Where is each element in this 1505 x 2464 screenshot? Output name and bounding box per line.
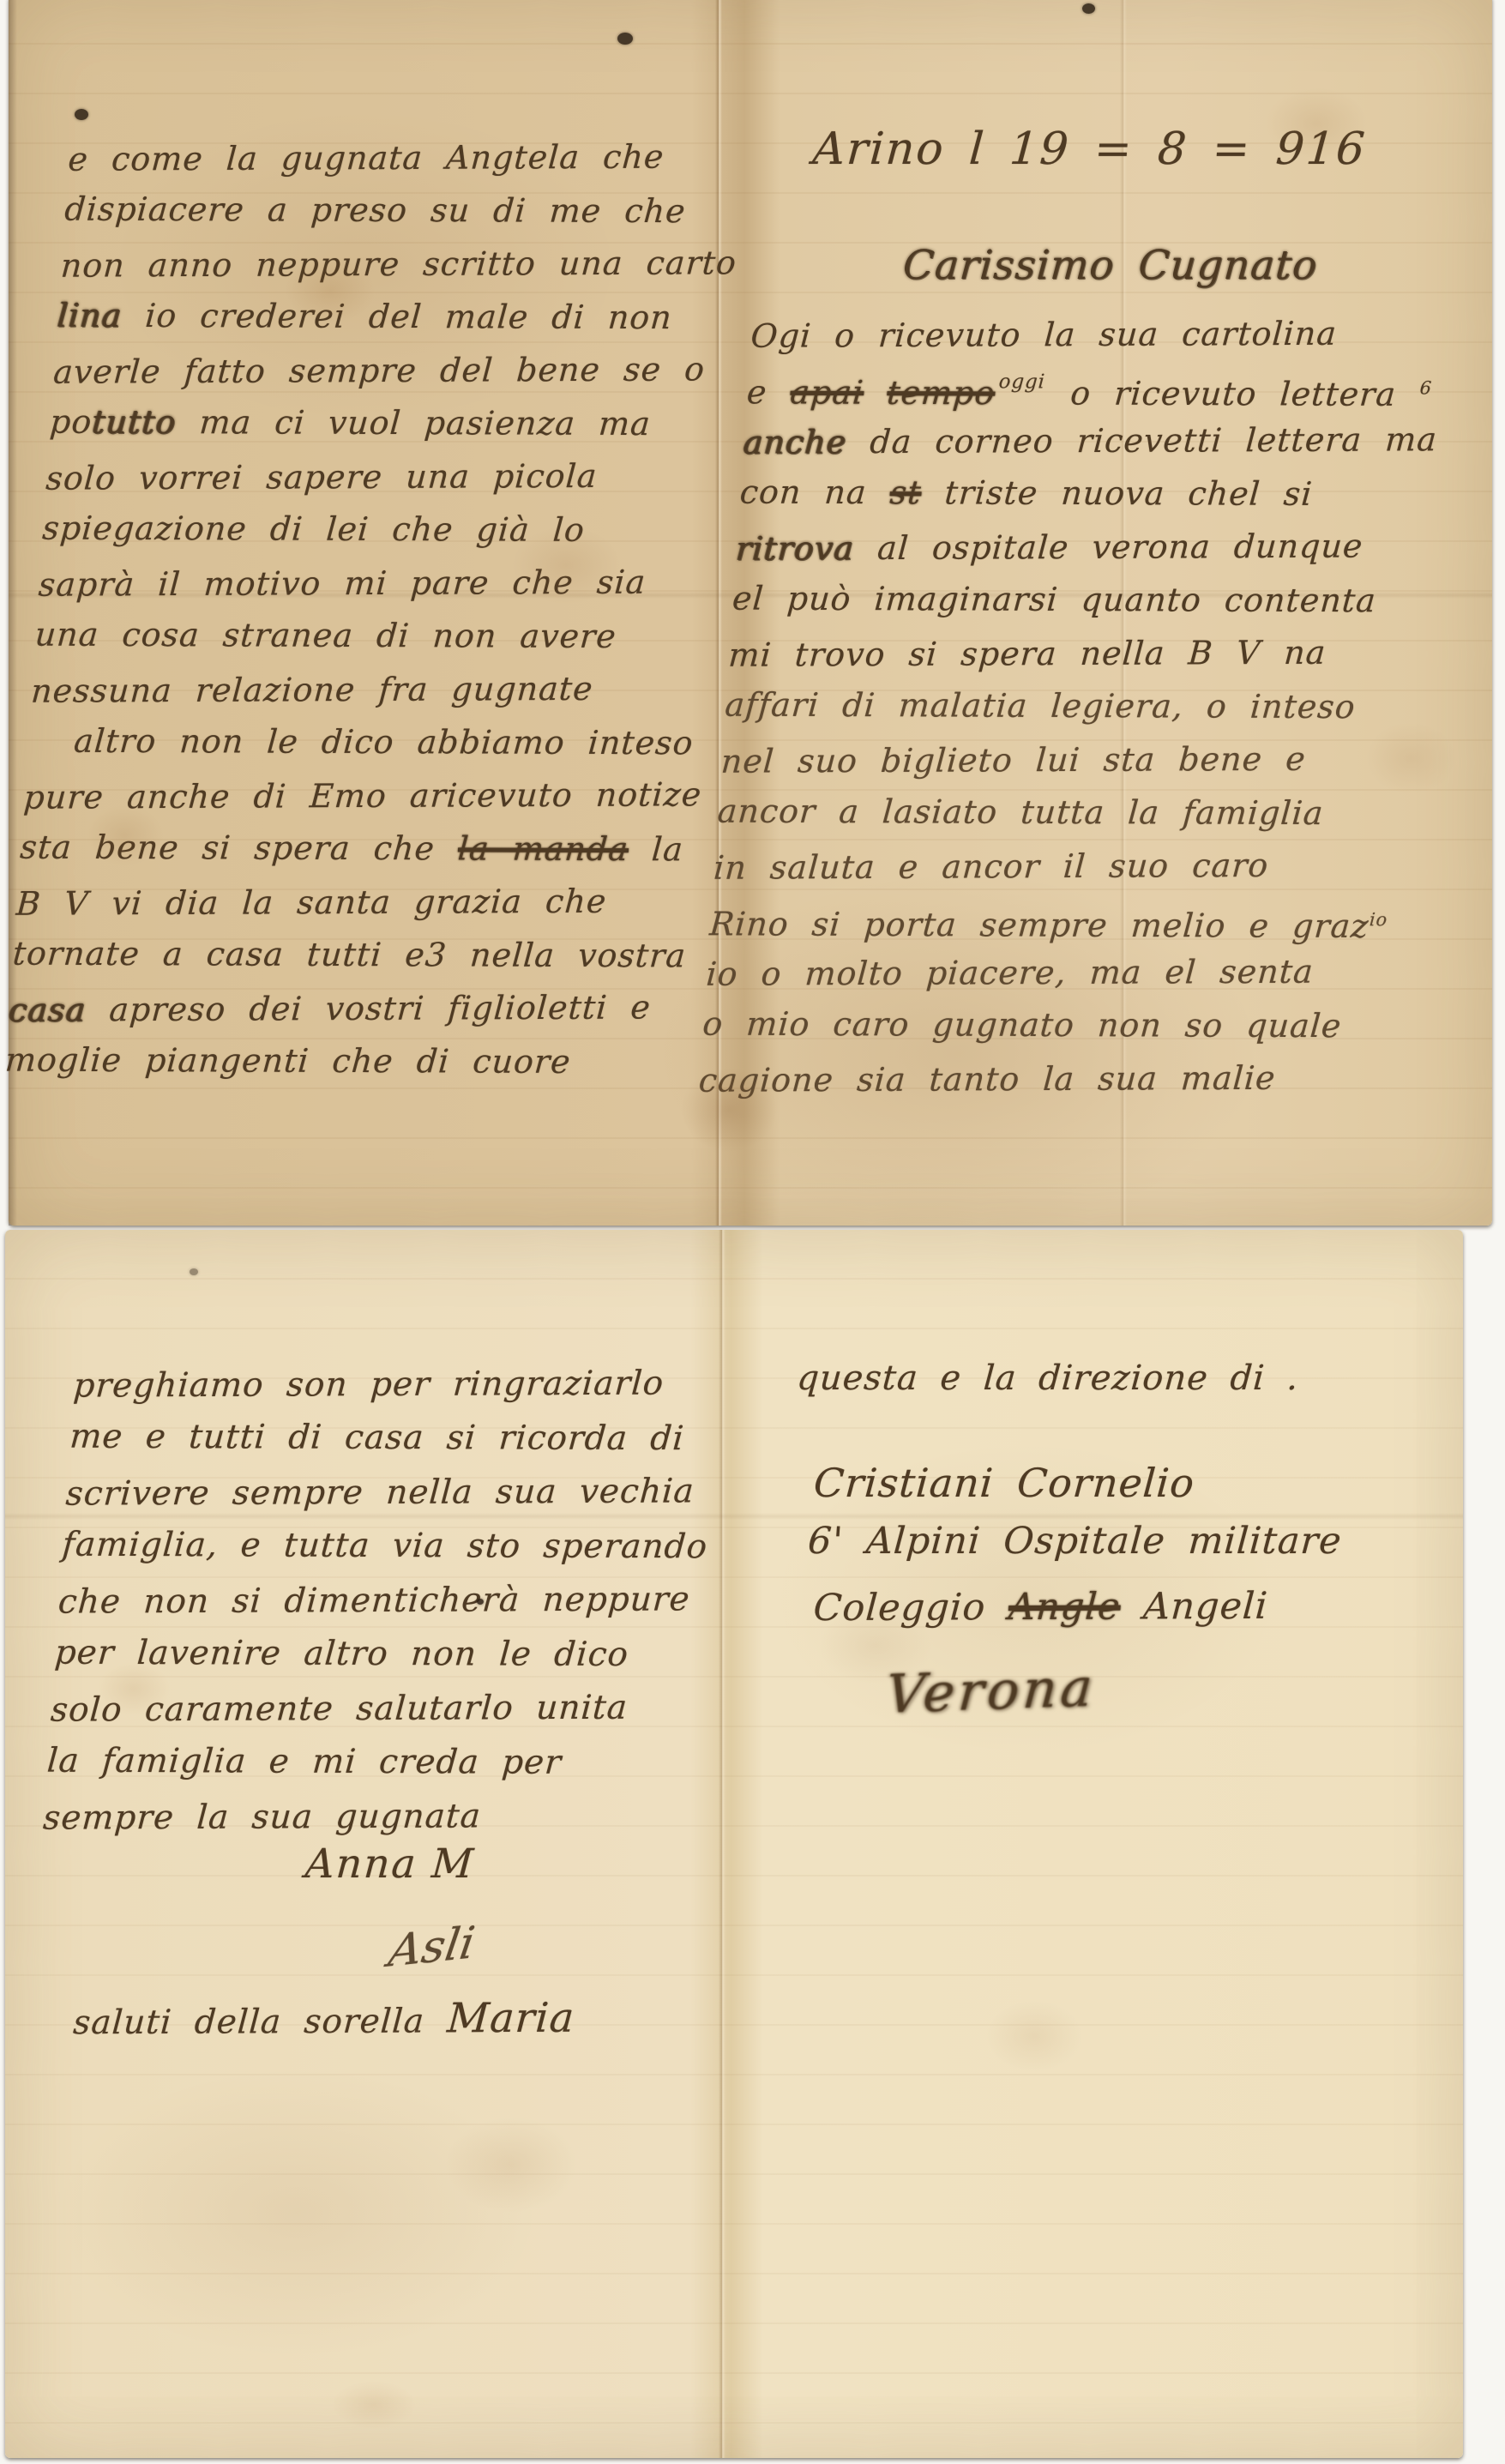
handwritten-line: saluti della sorella Maria: [72, 1991, 577, 2048]
handwritten-text: e come la gugnata Angtela che: [67, 138, 665, 178]
handwritten-text: ancor a lasiato tutta la famiglia: [716, 792, 1325, 832]
handwritten-text: [863, 374, 888, 412]
handwritten-text: tornate a casa tutti e3 nella vostra: [11, 935, 687, 975]
sheet-bottom: preghiamo son per ringraziarlome e tutti…: [5, 1230, 1463, 2458]
handwritten-text: saprà il motivo mi pare che sia: [38, 563, 647, 604]
struck-text: apai: [789, 373, 865, 411]
handwritten-text: nel suo biglieto lui sta bene e: [720, 740, 1308, 780]
scanned-letter: e come la gugnata Angtela chedispiacere …: [0, 0, 1505, 2464]
handwritten-text: Ogi o ricevuto la sua cartolina: [749, 315, 1338, 355]
struck-text: tempo: [886, 374, 996, 412]
page-bottom-left-text: preghiamo son per ringraziarlome e tutti…: [41, 1357, 720, 1843]
handwritten-text: Maria: [446, 1995, 576, 2043]
handwritten-text: preghiamo son per ringraziarlo: [72, 1365, 665, 1406]
handwritten-line: la famiglia e mi creda per: [45, 1734, 695, 1791]
handwritten-text: Angeli: [1119, 1585, 1269, 1629]
handwritten-line: nessuna relazione fra gugnate: [29, 661, 711, 717]
handwritten-text: anche: [743, 423, 848, 461]
handwritten-text: famiglia, e tutta via sto sperando: [61, 1526, 709, 1567]
handwritten-line: me e tutti di casa si ricorda di: [68, 1410, 717, 1467]
ink-speck: [1082, 3, 1095, 14]
handwritten-text: tutto: [91, 403, 178, 441]
handwritten-line: anche da corneo ricevetti lettera ma: [742, 413, 1439, 469]
handwritten-text: averle fatto sempre del bene se o: [52, 350, 707, 390]
handwritten-line: casa apreso dei vostri figlioletti e: [7, 980, 689, 1036]
handwritten-line: e come la gugnata Angtela che: [67, 130, 749, 185]
handwritten-text: in saluta e ancor il suo caro: [713, 846, 1270, 887]
handwritten-text: ritrova: [735, 529, 856, 568]
handwritten-text: affari di malatia legiera, o inteso: [724, 686, 1357, 726]
handwritten-text: oggi: [997, 355, 1048, 408]
page-top-left-text: e come la gugnata Angtela chedispiacere …: [3, 130, 749, 1087]
handwritten-text: B V vi dia la santa grazia che: [15, 883, 608, 923]
handwritten-text: lina: [56, 297, 123, 334]
handwritten-line: Coleggio Angle Angeli: [812, 1580, 1270, 1636]
handwritten-line: o mio caro gugnato non so quale: [701, 997, 1398, 1053]
handwritten-line: tornate a casa tutti e3 nella vostra: [11, 927, 693, 983]
struck-text: Angle: [1007, 1586, 1122, 1630]
handwritten-text: per lavenire altro non le dico: [53, 1634, 630, 1674]
handwritten-line: lina io crederei del male di non: [56, 289, 737, 345]
handwritten-line: dispiacere a preso su di me che: [63, 183, 744, 238]
handwritten-line: in saluta e ancor il suo caro: [712, 838, 1409, 895]
handwritten-line: sta bene si spera che la manda la: [18, 821, 700, 877]
handwritten-text: da corneo ricevetti lettera ma: [846, 420, 1439, 461]
handwritten-line: per lavenire altro non le dico: [53, 1626, 702, 1683]
handwritten-line: averle fatto sempre del bene se o: [51, 342, 733, 398]
handwritten-line: nel suo biglieto lui sta bene e: [719, 732, 1417, 788]
handwritten-text: po: [49, 403, 93, 441]
handwritten-text: mi trovo si spera nella B V na: [727, 634, 1327, 674]
handwritten-text: solo vorrei sapere una picola: [45, 457, 599, 497]
handwritten-text: una cosa stranea di non avere: [33, 616, 617, 655]
handwritten-line: el può imaginarsi quanto contenta: [731, 572, 1428, 628]
handwritten-text: o ricevuto lettera: [1046, 374, 1421, 413]
handwritten-text: scrivere sempre nella sua vechia: [64, 1472, 695, 1513]
handwritten-text: o mio caro gugnato non so quale: [701, 1005, 1343, 1045]
postscript: saluti della sorella Maria: [72, 1991, 577, 2045]
handwritten-text: con na: [738, 473, 891, 512]
handwritten-line: ritrova al ospitale verona dunque: [734, 519, 1431, 575]
struck-text: la manda: [456, 829, 629, 868]
paper-stain: [314, 2371, 434, 2439]
handwritten-line: scrivere sempre nella sua vechia: [64, 1464, 713, 1521]
handwritten-line: sempre la sua gugnata: [41, 1788, 690, 1845]
handwritten-text: e: [745, 373, 792, 411]
handwritten-line: mi trovo si spera nella B V na: [727, 625, 1424, 682]
handwritten-line: solo caramente salutarlo unita: [49, 1680, 698, 1737]
sheet-top: e come la gugnata Angtela chedispiacere …: [9, 0, 1492, 1226]
handwritten-line: moglie piangenti che di cuore: [3, 1033, 685, 1089]
handwritten-line: pure anche di Emo aricevuto notize: [22, 768, 704, 823]
handwritten-line: B V vi dia la santa grazia che: [15, 874, 696, 930]
address-city: Verona: [884, 1655, 1099, 1725]
handwritten-line: che non si dimenticherà neppure: [57, 1572, 706, 1629]
paper-stain: [417, 2096, 605, 2233]
page-top-right-text: Ogi o ricevuto la sua cartolinae apai te…: [697, 307, 1447, 1105]
handwritten-text: la: [627, 830, 684, 868]
handwritten-line: cagione sia tanto la sua malie: [697, 1051, 1394, 1107]
address-name: Cristiani Cornelio: [812, 1460, 1196, 1506]
handwritten-text: el può imaginarsi quanto contenta: [731, 580, 1378, 620]
handwritten-line: saprà il motivo mi pare che sia: [37, 555, 719, 611]
handwritten-text: nessuna relazione fra gugnate: [30, 670, 594, 710]
handwritten-text: io o molto piacere, ma el senta: [705, 953, 1315, 993]
handwritten-text: triste nuova chel si: [920, 473, 1314, 513]
handwritten-text: che non si dimenticherà neppure: [57, 1580, 692, 1621]
handwritten-text: moglie piangenti che di cuore: [4, 1041, 573, 1081]
address-college: Coleggio Angle Angeli: [812, 1580, 1270, 1634]
handwritten-text: cagione sia tanto la sua malie: [698, 1059, 1278, 1099]
handwritten-text: sta bene si spera che: [19, 828, 460, 868]
signature-flourish: Asli: [385, 1918, 478, 1978]
handwritten-text: saluti della sorella: [72, 2002, 448, 2042]
handwritten-text: spiegazione di lei che già lo: [41, 509, 587, 549]
handwritten-text: la famiglia e mi creda per: [45, 1742, 563, 1782]
address-intro: questa e la direzione di .: [796, 1359, 1300, 1398]
ink-speck: [190, 1268, 198, 1275]
handwritten-text: apreso dei vostri figlioletti e: [85, 988, 652, 1028]
handwritten-text: altro non le dico abbiamo inteso: [27, 722, 695, 762]
ink-speck: [75, 109, 88, 120]
handwritten-line: solo vorrei sapere una picola: [45, 449, 726, 504]
date-line: Arino l 19 = 8 = 916: [811, 124, 1368, 175]
address-unit: 6' Alpini Ospitale militare: [807, 1520, 1344, 1563]
handwritten-line: Ogi o ricevuto la sua cartolina: [749, 306, 1447, 363]
handwritten-text: al ospitale verona dunque: [853, 527, 1364, 568]
handwritten-line: io o molto piacere, ma el senta: [705, 944, 1402, 1001]
handwritten-line: con na st triste nuova chel si: [738, 466, 1436, 521]
signature: Anna M: [304, 1840, 476, 1888]
handwritten-text: dispiacere a preso su di me che: [63, 190, 687, 231]
handwritten-text: 6: [1419, 377, 1433, 398]
handwritten-line: potutto ma ci vuol pasienza ma: [48, 395, 730, 451]
handwritten-text: Coleggio: [812, 1586, 1010, 1630]
paper-stain: [966, 1985, 1103, 2087]
handwritten-line: una cosa stranea di non avere: [33, 608, 715, 664]
struck-text: st: [888, 473, 923, 511]
handwritten-line: altro non le dico abbiamo inteso: [26, 714, 707, 770]
handwritten-text: casa: [8, 991, 87, 1028]
handwritten-text: me e tutti di casa si ricorda di: [69, 1418, 686, 1459]
handwritten-line: affari di malatia legiera, o inteso: [723, 678, 1420, 734]
handwritten-text: sempre la sua gugnata: [42, 1797, 483, 1837]
handwritten-line: ancor a lasiato tutta la famiglia: [716, 785, 1413, 840]
handwritten-text: ma ci vuol pasienza ma: [175, 403, 653, 443]
handwritten-line: famiglia, e tutta via sto sperando: [60, 1518, 709, 1575]
salutation: Carissimo Cugnato: [901, 242, 1319, 289]
handwritten-text: pure anche di Emo aricevuto notize: [22, 775, 703, 816]
handwritten-line: e apai tempooggi o ricevuto lettera 6: [745, 359, 1442, 415]
handwritten-text: Rino si porta sempre melio e graz: [708, 905, 1370, 945]
handwritten-line: spiegazione di lei che già lo: [40, 502, 722, 557]
handwritten-text: io: [1369, 909, 1388, 930]
handwritten-line: preghiamo son per ringraziarlo: [72, 1356, 721, 1413]
handwritten-text: non anno neppure scritto una carto: [60, 244, 738, 284]
handwritten-line: non anno neppure scritto una carto: [59, 236, 741, 292]
center-fold-bottom: [719, 1230, 725, 2458]
ink-speck: [617, 33, 633, 45]
handwritten-text: io crederei del male di non: [121, 297, 674, 336]
handwritten-text: solo caramente salutarlo unita: [50, 1689, 629, 1730]
handwritten-line: Rino si porta sempre melio e grazio: [708, 891, 1406, 947]
